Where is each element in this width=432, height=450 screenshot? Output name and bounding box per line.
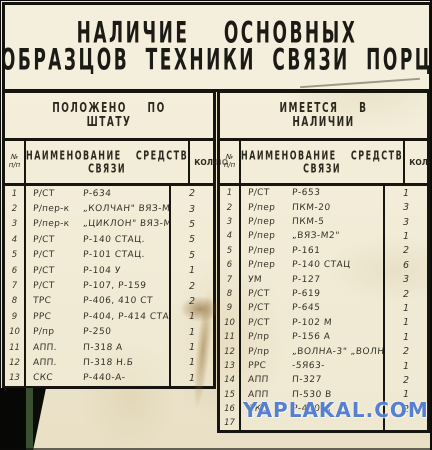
row-quantity: 2 xyxy=(383,287,427,301)
equipment-type: Р/СТ xyxy=(26,189,83,199)
equipment-model: Р-140 СТАЦ. xyxy=(83,235,169,245)
row-name: АПП П-327 xyxy=(241,375,383,385)
row-number: 2 xyxy=(220,200,241,214)
equipment-model: Р-104 У xyxy=(83,266,169,276)
row-name: Р/пр Р-250 xyxy=(26,327,169,337)
row-quantity: 1 xyxy=(383,186,427,200)
column-header-name: НАИМЕНОВАНИЕ СРЕДСТВ СВЯЗИ xyxy=(241,141,403,183)
row-quantity: 1 xyxy=(169,263,213,278)
table-row: 14 АПП П-327 2 xyxy=(220,373,427,387)
row-number: 4 xyxy=(220,229,241,243)
row-quantity: 6 xyxy=(383,258,427,272)
equipment-type: Р/СТ xyxy=(241,289,292,299)
row-number: 1 xyxy=(5,186,26,201)
table-authorized-header-line-2: ШТАТУ xyxy=(87,115,132,130)
name-header-line-2: СВЯЗИ xyxy=(303,162,341,176)
row-name: Р/СТ Р-140 СТАЦ. xyxy=(26,235,169,245)
equipment-model: Р-107, Р-159 xyxy=(83,281,169,291)
row-quantity: 5 xyxy=(169,217,213,232)
table-row: 13 РРС -5Я63- 1 xyxy=(220,359,427,373)
equipment-type: АПП xyxy=(241,375,292,385)
equipment-model: Р-440-А- xyxy=(83,373,169,383)
table-row: 3 Р/пер-к „ЦИКЛОН" ВЯЗ-М2 5 xyxy=(5,217,213,232)
row-quantity: 1 xyxy=(383,330,427,344)
equipment-model: Р-653 xyxy=(292,188,383,198)
row-number: 12 xyxy=(5,355,26,370)
equipment-type: АПП. xyxy=(26,343,83,353)
row-number: 1 xyxy=(220,186,241,200)
row-number: 2 xyxy=(5,201,26,216)
table-authorized-header: ПОЛОЖЕНО ПО ШТАТУ xyxy=(5,93,213,141)
row-quantity: 1 xyxy=(383,301,427,315)
row-quantity: 1 xyxy=(383,316,427,330)
equipment-type: ТРС xyxy=(26,296,83,306)
equipment-type: Р/СТ xyxy=(26,266,83,276)
equipment-model: Р-156 А xyxy=(292,332,383,342)
row-name: Р/СТ Р-619 xyxy=(241,289,383,299)
equipment-model: Р-140 СТАЦ xyxy=(292,260,383,270)
row-name: Р/СТ Р-653 xyxy=(241,188,383,198)
equipment-model: Р-645 xyxy=(292,303,383,313)
row-quantity: 5 xyxy=(169,232,213,247)
table-row: 5 Р/СТ Р-101 СТАЦ. 5 xyxy=(5,248,213,263)
table-row: 13 СКС Р-440-А- 1 xyxy=(5,371,213,386)
row-number: 5 xyxy=(5,248,26,263)
equipment-type: Р/пер xyxy=(241,203,292,213)
equipment-type: Р/пер xyxy=(241,246,292,256)
equipment-model: Р-404, Р-414 СТАЦ xyxy=(83,312,169,322)
row-quantity: 3 xyxy=(383,272,427,286)
equipment-model: ПКМ-20 xyxy=(292,203,383,213)
table-row: 1 Р/СТ Р-653 1 xyxy=(220,186,427,200)
row-number: 6 xyxy=(5,263,26,278)
row-number: 13 xyxy=(5,371,26,386)
row-name: Р/пер-к „ЦИКЛОН" ВЯЗ-М2 xyxy=(26,219,169,229)
table-authorized-header-line-1: ПОЛОЖЕНО ПО xyxy=(52,101,165,116)
table-row: 7 УМ Р-127 3 xyxy=(220,272,427,286)
row-quantity: 2 xyxy=(383,344,427,358)
table-row: 2 Р/пер-к „КОЛЧАН" ВЯЗ-М2 3 xyxy=(5,201,213,216)
table-row: 9 Р/СТ Р-645 1 xyxy=(220,301,427,315)
row-number: 3 xyxy=(220,215,241,229)
row-quantity: 2 xyxy=(383,373,427,387)
row-number: 5 xyxy=(220,244,241,258)
table-authorized: ПОЛОЖЕНО ПО ШТАТУ № п/п НАИМЕНОВАНИЕ СРЕ… xyxy=(2,90,216,389)
row-name: АПП. П-318 А xyxy=(26,343,169,353)
equipment-type: УМ xyxy=(241,275,292,285)
table-available: ИМЕЕТСЯ В НАЛИЧИИ № п/п НАИМЕНОВАНИЕ СРЕ… xyxy=(217,90,430,433)
equipment-model: П-327 xyxy=(292,375,383,385)
row-number: 7 xyxy=(5,278,26,293)
equipment-type: РРС xyxy=(241,361,292,371)
row-name: УМ Р-127 xyxy=(241,275,383,285)
equipment-type: Р/пер xyxy=(241,260,292,270)
table-available-column-headers: № п/п НАИМЕНОВАНИЕ СРЕДСТВ СВЯЗИ КОЛ-ВО xyxy=(220,141,427,186)
column-header-number: № п/п xyxy=(5,141,26,183)
table-row: 12 АПП. П-318 Н.Б 1 xyxy=(5,355,213,370)
poster-photo: НАЛИЧИЕ ОСНОВНЫХ ОБРАЗЦОВ ТЕХНИКИ СВЯЗИ … xyxy=(0,0,432,450)
table-row: 4 Р/СТ Р-140 СТАЦ. 5 xyxy=(5,232,213,247)
row-number: 8 xyxy=(220,287,241,301)
row-name: Р/пер Р-161 xyxy=(241,246,383,256)
table-row: 1 Р/СТ Р-634 2 xyxy=(5,186,213,201)
equipment-type: Р/пер xyxy=(241,231,292,241)
table-row: 4 Р/пер „ВЯЗ-М2" 1 xyxy=(220,229,427,243)
equipment-type: Р/СТ xyxy=(241,318,292,328)
equipment-model: Р-102 М xyxy=(292,318,383,328)
row-quantity: 1 xyxy=(383,229,427,243)
row-name: СКС Р-440-А- xyxy=(26,373,169,383)
equipment-model: -5Я63- xyxy=(292,361,383,371)
row-quantity: 3 xyxy=(383,215,427,229)
equipment-type: Р/пр xyxy=(241,332,292,342)
title-block: НАЛИЧИЕ ОСНОВНЫХ ОБРАЗЦОВ ТЕХНИКИ СВЯЗИ … xyxy=(2,2,432,92)
row-quantity: 3 xyxy=(383,200,427,214)
table-row: 10 Р/СТ Р-102 М 1 xyxy=(220,316,427,330)
equipment-type: СКС xyxy=(26,373,83,383)
equipment-model: П-318 Н.Б xyxy=(83,358,169,368)
equipment-type: Р/пер xyxy=(241,217,292,227)
equipment-model: ПКМ-5 xyxy=(292,217,383,227)
equipment-model: Р-634 xyxy=(83,189,169,199)
row-number: 9 xyxy=(220,301,241,315)
row-name: Р/СТ Р-102 М xyxy=(241,318,383,328)
table-available-rows: 1 Р/СТ Р-653 1 2 Р/пер ПКМ-20 3 xyxy=(220,186,427,430)
row-number: 17 xyxy=(220,417,241,430)
number-sub: п/п xyxy=(224,162,236,170)
name-header-line-2: СВЯЗИ xyxy=(88,162,126,176)
equipment-type: АПП. xyxy=(26,358,83,368)
row-quantity: 2 xyxy=(383,244,427,258)
row-name: РРС Р-404, Р-414 СТАЦ xyxy=(26,312,169,322)
number-sub: п/п xyxy=(9,162,21,170)
equipment-model: „ЦИКЛОН" ВЯЗ-М2 xyxy=(83,219,169,229)
equipment-model: Р-161 xyxy=(292,246,383,256)
row-name: Р/пр „ВОЛНА-3" „ВОЛНА-К" xyxy=(241,347,383,357)
row-number: 10 xyxy=(220,316,241,330)
table-row: 5 Р/пер Р-161 2 xyxy=(220,244,427,258)
equipment-type: Р/пр xyxy=(26,327,83,337)
row-name: РРС -5Я63- xyxy=(241,361,383,371)
table-authorized-rows: 1 Р/СТ Р-634 2 2 Р/пер-к „КОЛЧАН" ВЯЗ-М2… xyxy=(5,186,213,386)
row-number: 12 xyxy=(220,344,241,358)
equipment-type: Р/СТ xyxy=(26,250,83,260)
table-available-header-line-1: ИМЕЕТСЯ В xyxy=(280,101,368,116)
row-name: Р/пер „ВЯЗ-М2" xyxy=(241,231,383,241)
row-name: Р/пер Р-140 СТАЦ xyxy=(241,260,383,270)
row-name: ТРС Р-406, 410 СТ xyxy=(26,296,169,306)
equipment-model: „КОЛЧАН" ВЯЗ-М2 xyxy=(83,204,169,214)
row-number: 9 xyxy=(5,309,26,324)
table-row: 3 Р/пер ПКМ-5 3 xyxy=(220,215,427,229)
row-quantity: 5 xyxy=(169,248,213,263)
row-name: Р/СТ Р-104 У xyxy=(26,266,169,276)
equipment-type: Р/СТ xyxy=(241,188,292,198)
row-number: 4 xyxy=(5,232,26,247)
column-header-name: НАИМЕНОВАНИЕ СРЕДСТВ СВЯЗИ xyxy=(26,141,188,183)
equipment-model: Р-406, 410 СТ xyxy=(83,296,169,306)
equipment-model: Р-101 СТАЦ. xyxy=(83,250,169,260)
equipment-type: РРС xyxy=(26,312,83,322)
row-name: Р/пр Р-156 А xyxy=(241,332,383,342)
table-available-header: ИМЕЕТСЯ В НАЛИЧИИ xyxy=(220,93,427,141)
table-row: 10 Р/пр Р-250 1 xyxy=(5,325,213,340)
row-number: 11 xyxy=(220,330,241,344)
equipment-model: Р-127 xyxy=(292,275,383,285)
row-number: 10 xyxy=(5,325,26,340)
table-row: 11 Р/пр Р-156 А 1 xyxy=(220,330,427,344)
row-name: Р/СТ Р-645 xyxy=(241,303,383,313)
table-row: 12 Р/пр „ВОЛНА-3" „ВОЛНА-К" 2 xyxy=(220,344,427,358)
row-name: Р/СТ Р-634 xyxy=(26,189,169,199)
row-number: 16 xyxy=(220,402,241,416)
equipment-model: П-318 А xyxy=(83,343,169,353)
table-available-header-line-2: НАЛИЧИИ xyxy=(292,115,354,130)
table-row: 7 Р/СТ Р-107, Р-159 2 xyxy=(5,278,213,293)
stain-mark xyxy=(180,296,220,322)
row-number: 11 xyxy=(5,340,26,355)
row-name: Р/СТ Р-107, Р-159 xyxy=(26,281,169,291)
row-number: 15 xyxy=(220,388,241,402)
table-row: 6 Р/СТ Р-104 У 1 xyxy=(5,263,213,278)
row-quantity: 2 xyxy=(169,186,213,201)
table-authorized-column-headers: № п/п НАИМЕНОВАНИЕ СРЕДСТВ СВЯЗИ КОЛ-ВО xyxy=(5,141,213,186)
table-row: 8 Р/СТ Р-619 2 xyxy=(220,287,427,301)
row-name: АПП. П-318 Н.Б xyxy=(26,358,169,368)
name-header-line-1: НАИМЕНОВАНИЕ СРЕДСТВ xyxy=(241,149,403,163)
equipment-type: Р/пер-к xyxy=(26,204,83,214)
row-number: 14 xyxy=(220,373,241,387)
row-number: 6 xyxy=(220,258,241,272)
name-header-line-1: НАИМЕНОВАНИЕ СРЕДСТВ xyxy=(26,149,188,163)
row-quantity: 1 xyxy=(383,359,427,373)
column-header-quantity: КОЛ-ВО xyxy=(403,141,432,183)
table-row: 11 АПП. П-318 А 1 xyxy=(5,340,213,355)
equipment-type: Р/СТ xyxy=(26,281,83,291)
column-header-number: № п/п xyxy=(220,141,241,183)
row-number: 7 xyxy=(220,272,241,286)
row-name: Р/СТ Р-101 СТАЦ. xyxy=(26,250,169,260)
title-line-2: ОБРАЗЦОВ ТЕХНИКИ СВЯЗИ ПОРЦ xyxy=(2,43,432,77)
equipment-model: Р-619 xyxy=(292,289,383,299)
equipment-model: Р-250 xyxy=(83,327,169,337)
row-number: 3 xyxy=(5,217,26,232)
row-number: 13 xyxy=(220,359,241,373)
equipment-type: Р/пер-к xyxy=(26,219,83,229)
table-row: 2 Р/пер ПКМ-20 3 xyxy=(220,200,427,214)
watermark-text: YAPLAKAL.COM xyxy=(243,398,429,422)
equipment-type: Р/СТ xyxy=(241,303,292,313)
equipment-type: Р/СТ xyxy=(26,235,83,245)
table-row: 6 Р/пер Р-140 СТАЦ 6 xyxy=(220,258,427,272)
row-quantity: 3 xyxy=(169,201,213,216)
row-name: Р/пер ПКМ-20 xyxy=(241,203,383,213)
equipment-model: „ВЯЗ-М2" xyxy=(292,231,383,241)
equipment-type: Р/пр xyxy=(241,347,292,357)
row-name: Р/пер-к „КОЛЧАН" ВЯЗ-М2 xyxy=(26,204,169,214)
row-name: Р/пер ПКМ-5 xyxy=(241,217,383,227)
equipment-model: „ВОЛНА-3" „ВОЛНА-К" xyxy=(292,347,383,357)
row-number: 8 xyxy=(5,294,26,309)
